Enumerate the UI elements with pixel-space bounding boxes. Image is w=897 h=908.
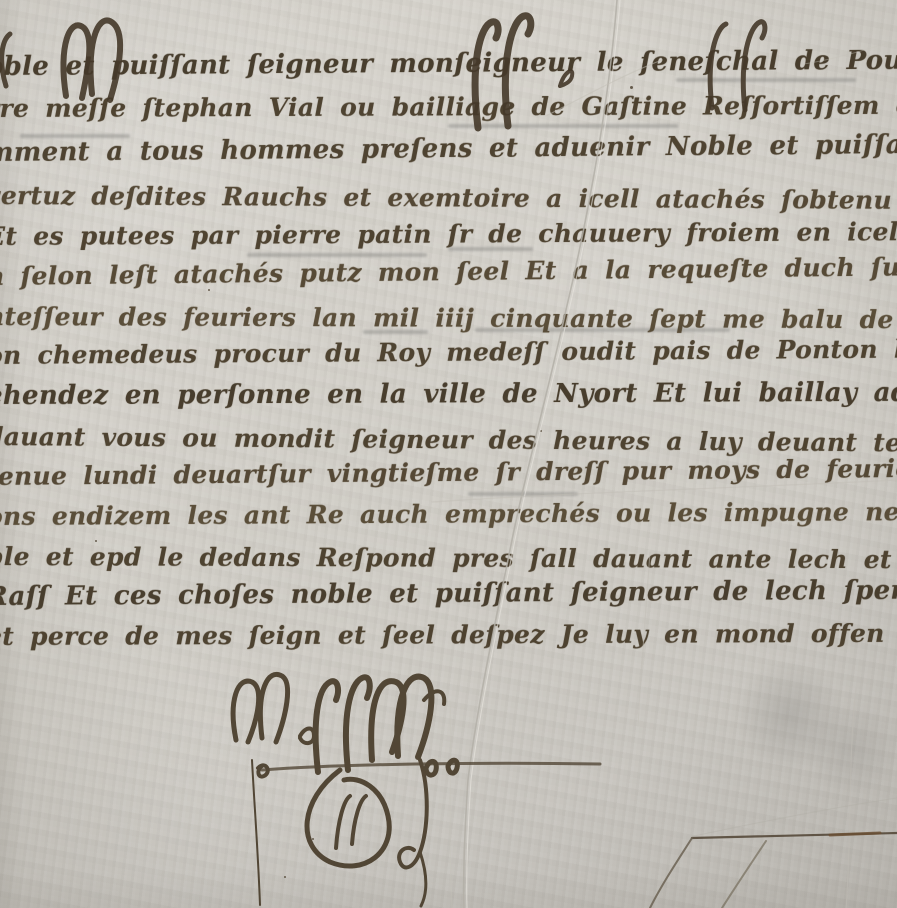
manuscript-line: rre meſſe ſtephan Vial ou bailliage de G… [0, 92, 897, 121]
ink-speck [95, 540, 97, 542]
manuscript-line: ons endizem les ant Re auch emprechés ou… [0, 499, 897, 529]
signature-flourish [233, 674, 600, 906]
ink-speck [208, 289, 210, 291]
manuscript-line: dauant vous ou mondit ſeigneur des heure… [0, 424, 897, 456]
plummet-mark [247, 253, 427, 257]
plummet-mark [448, 124, 678, 128]
manuscript-line: ehendez en perſonne en la ville de Nyort… [0, 379, 897, 409]
ink-speck [540, 430, 542, 432]
manuscript-line: n ſelon leſt atachés putz mon ſeel Et a … [0, 253, 897, 289]
manuscript-line: ble et epd le dedans Reſpond pres ſall d… [0, 544, 897, 573]
plummet-mark [676, 78, 856, 82]
manuscript-line: mment a tous hommes preſens et aduenir N… [0, 131, 897, 166]
ink-speck [630, 86, 633, 89]
manuscript-line: tenue lundi deuartſur vingtieſme ſr dreſ… [0, 455, 897, 489]
manuscript-line: Raſſ Et ces choſes noble et puiſſant ſei… [0, 577, 897, 610]
manuscript-photograph: oble et puiſſant ſeigneur monſeigneur le… [0, 0, 897, 908]
ink-speck [312, 838, 314, 840]
manuscript-line: Et es putees par pierre patin ſr de chau… [0, 219, 897, 249]
manuscript-line: et perce de mes ſeign et ſeel deſpez Je … [0, 620, 897, 649]
fold-marks [650, 833, 897, 908]
ink-speck [284, 876, 286, 878]
manuscript-line: nteſſeur des feuriers lan mil iiij cinqu… [0, 304, 897, 333]
plummet-mark [468, 492, 578, 496]
manuscript-line: vertuz deſdites Rauchs et exemtoire a ic… [0, 183, 897, 213]
manuscript-line: oble et puiſſant ſeigneur monſeigneur le… [0, 47, 897, 80]
manuscript-line: on chemedeus procur du Roy medeſſ oudit … [0, 336, 897, 368]
